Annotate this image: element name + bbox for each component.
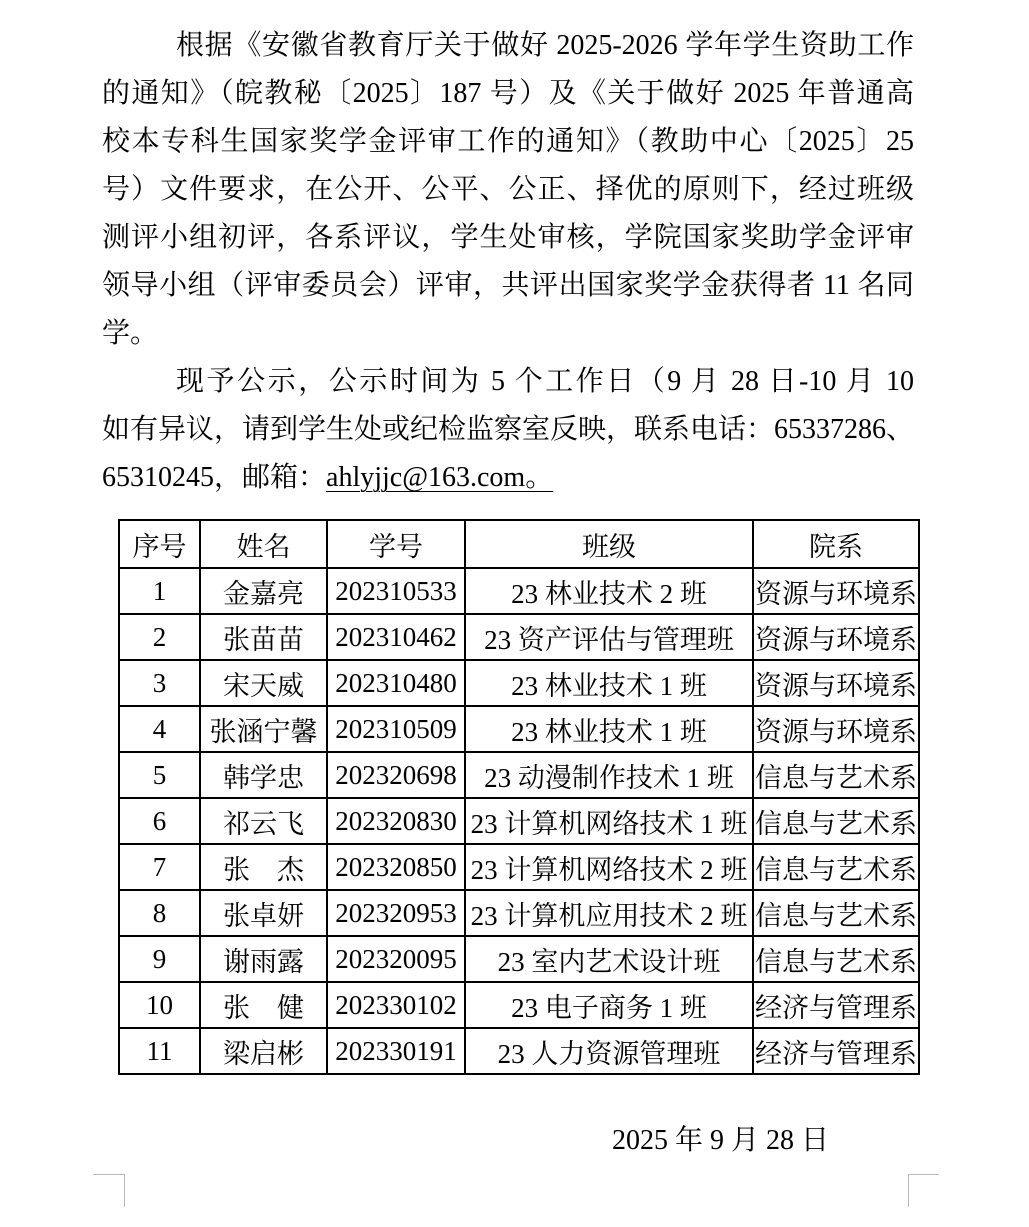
cell-serial: 5 bbox=[119, 752, 200, 798]
cell-serial: 6 bbox=[119, 798, 200, 844]
margin-crop-mark-right bbox=[908, 1174, 939, 1207]
cell-name: 张 健 bbox=[200, 982, 327, 1028]
table-row: 1 金嘉亮 202310533 23 林业技术 2 班 资源与环境系 bbox=[119, 568, 919, 614]
awardees-table: 序号 姓名 学号 班级 院系 1 金嘉亮 202310533 23 林业技术 2… bbox=[118, 519, 920, 1075]
paragraph-line: 学。 bbox=[102, 310, 914, 358]
cell-name: 韩学忠 bbox=[200, 752, 327, 798]
cell-department: 信息与艺术系 bbox=[753, 752, 919, 798]
cell-serial: 4 bbox=[119, 706, 200, 752]
cell-name: 张 杰 bbox=[200, 844, 327, 890]
cell-department: 信息与艺术系 bbox=[753, 936, 919, 982]
cell-class: 23 计算机网络技术 2 班 bbox=[465, 844, 753, 890]
cell-student-id: 202330191 bbox=[327, 1028, 465, 1074]
cell-serial: 3 bbox=[119, 660, 200, 706]
cell-student-id: 202320095 bbox=[327, 936, 465, 982]
cell-department: 经济与管理系 bbox=[753, 1028, 919, 1074]
cell-name: 金嘉亮 bbox=[200, 568, 327, 614]
cell-name: 张卓妍 bbox=[200, 890, 327, 936]
cell-student-id: 202320850 bbox=[327, 844, 465, 890]
cell-department: 资源与环境系 bbox=[753, 706, 919, 752]
cell-student-id: 202310533 bbox=[327, 568, 465, 614]
cell-department: 资源与环境系 bbox=[753, 568, 919, 614]
cell-department: 信息与艺术系 bbox=[753, 890, 919, 936]
cell-student-id: 202310509 bbox=[327, 706, 465, 752]
paragraph-line: 65310245，邮箱：ahlyjjc@163.com。 bbox=[102, 454, 914, 502]
column-header-serial: 序号 bbox=[119, 520, 200, 568]
body-text: 根据《安徽省教育厅关于做好 2025-2026 学年学生资助工作 的通知》（皖教… bbox=[102, 22, 914, 502]
paragraph-line: 的通知》（皖教秘〔2025〕187 号）及《关于做好 2025 年普通高 bbox=[102, 70, 914, 118]
cell-serial: 7 bbox=[119, 844, 200, 890]
table-header-row: 序号 姓名 学号 班级 院系 bbox=[119, 520, 919, 568]
cell-department: 信息与艺术系 bbox=[753, 798, 919, 844]
cell-name: 张苗苗 bbox=[200, 614, 327, 660]
cell-class: 23 计算机应用技术 2 班 bbox=[465, 890, 753, 936]
cell-class: 23 资产评估与管理班 bbox=[465, 614, 753, 660]
cell-student-id: 202310462 bbox=[327, 614, 465, 660]
table-row: 8 张卓妍 202320953 23 计算机应用技术 2 班 信息与艺术系 bbox=[119, 890, 919, 936]
paragraph-line: 如有异议，请到学生处或纪检监察室反映，联系电话：65337286、 bbox=[102, 406, 914, 454]
cell-department: 资源与环境系 bbox=[753, 660, 919, 706]
cell-class: 23 林业技术 2 班 bbox=[465, 568, 753, 614]
paragraph-line: 根据《安徽省教育厅关于做好 2025-2026 学年学生资助工作 bbox=[102, 22, 914, 70]
column-header-class: 班级 bbox=[465, 520, 753, 568]
document-date: 2025 年 9 月 28 日 bbox=[612, 1117, 829, 1165]
cell-class: 23 动漫制作技术 1 班 bbox=[465, 752, 753, 798]
cell-serial: 1 bbox=[119, 568, 200, 614]
cell-serial: 10 bbox=[119, 982, 200, 1028]
cell-student-id: 202320698 bbox=[327, 752, 465, 798]
document-page: 根据《安徽省教育厅关于做好 2025-2026 学年学生资助工作 的通知》（皖教… bbox=[0, 0, 1029, 1227]
cell-serial: 11 bbox=[119, 1028, 200, 1074]
cell-class: 23 人力资源管理班 bbox=[465, 1028, 753, 1074]
cell-class: 23 林业技术 1 班 bbox=[465, 660, 753, 706]
cell-department: 资源与环境系 bbox=[753, 614, 919, 660]
cell-student-id: 202310480 bbox=[327, 660, 465, 706]
cell-class: 23 计算机网络技术 1 班 bbox=[465, 798, 753, 844]
cell-serial: 2 bbox=[119, 614, 200, 660]
cell-department: 经济与管理系 bbox=[753, 982, 919, 1028]
cell-student-id: 202320953 bbox=[327, 890, 465, 936]
cell-name: 谢雨露 bbox=[200, 936, 327, 982]
table-row: 5 韩学忠 202320698 23 动漫制作技术 1 班 信息与艺术系 bbox=[119, 752, 919, 798]
cell-serial: 9 bbox=[119, 936, 200, 982]
cell-name: 张涵宁馨 bbox=[200, 706, 327, 752]
table-row: 11 梁启彬 202330191 23 人力资源管理班 经济与管理系 bbox=[119, 1028, 919, 1074]
paragraph-line: 号）文件要求，在公开、公平、公正、择优的原则下，经过班级 bbox=[102, 166, 914, 214]
paragraph-line: 领导小组（评审委员会）评审，共评出国家奖学金获得者 11 名同 bbox=[102, 262, 914, 310]
cell-name: 祁云飞 bbox=[200, 798, 327, 844]
column-header-student-id: 学号 bbox=[327, 520, 465, 568]
table-row: 4 张涵宁馨 202310509 23 林业技术 1 班 资源与环境系 bbox=[119, 706, 919, 752]
column-header-name: 姓名 bbox=[200, 520, 327, 568]
paragraph-line: 测评小组初评，各系评议，学生处审核，学院国家奖助学金评审 bbox=[102, 214, 914, 262]
paragraph-line: 现予公示，公示时间为 5 个工作日（9 月 28 日-10 月 10 日）， bbox=[102, 358, 914, 406]
margin-crop-mark-left bbox=[93, 1174, 125, 1207]
table-row: 9 谢雨露 202320095 23 室内艺术设计班 信息与艺术系 bbox=[119, 936, 919, 982]
cell-class: 23 室内艺术设计班 bbox=[465, 936, 753, 982]
table-row: 2 张苗苗 202310462 23 资产评估与管理班 资源与环境系 bbox=[119, 614, 919, 660]
table-row: 6 祁云飞 202320830 23 计算机网络技术 1 班 信息与艺术系 bbox=[119, 798, 919, 844]
table-row: 3 宋天威 202310480 23 林业技术 1 班 资源与环境系 bbox=[119, 660, 919, 706]
table-row: 10 张 健 202330102 23 电子商务 1 班 经济与管理系 bbox=[119, 982, 919, 1028]
table-row: 7 张 杰 202320850 23 计算机网络技术 2 班 信息与艺术系 bbox=[119, 844, 919, 890]
cell-serial: 8 bbox=[119, 890, 200, 936]
cell-name: 宋天威 bbox=[200, 660, 327, 706]
cell-department: 信息与艺术系 bbox=[753, 844, 919, 890]
cell-name: 梁启彬 bbox=[200, 1028, 327, 1074]
cell-student-id: 202330102 bbox=[327, 982, 465, 1028]
cell-student-id: 202320830 bbox=[327, 798, 465, 844]
email-link[interactable]: ahlyjjc@163.com。 bbox=[326, 462, 553, 493]
table-body: 1 金嘉亮 202310533 23 林业技术 2 班 资源与环境系 2 张苗苗… bbox=[119, 568, 919, 1074]
column-header-department: 院系 bbox=[753, 520, 919, 568]
contact-text: 65310245，邮箱： bbox=[102, 462, 326, 493]
cell-class: 23 林业技术 1 班 bbox=[465, 706, 753, 752]
cell-class: 23 电子商务 1 班 bbox=[465, 982, 753, 1028]
paragraph-line: 校本专科生国家奖学金评审工作的通知》（教助中心〔2025〕25 bbox=[102, 118, 914, 166]
